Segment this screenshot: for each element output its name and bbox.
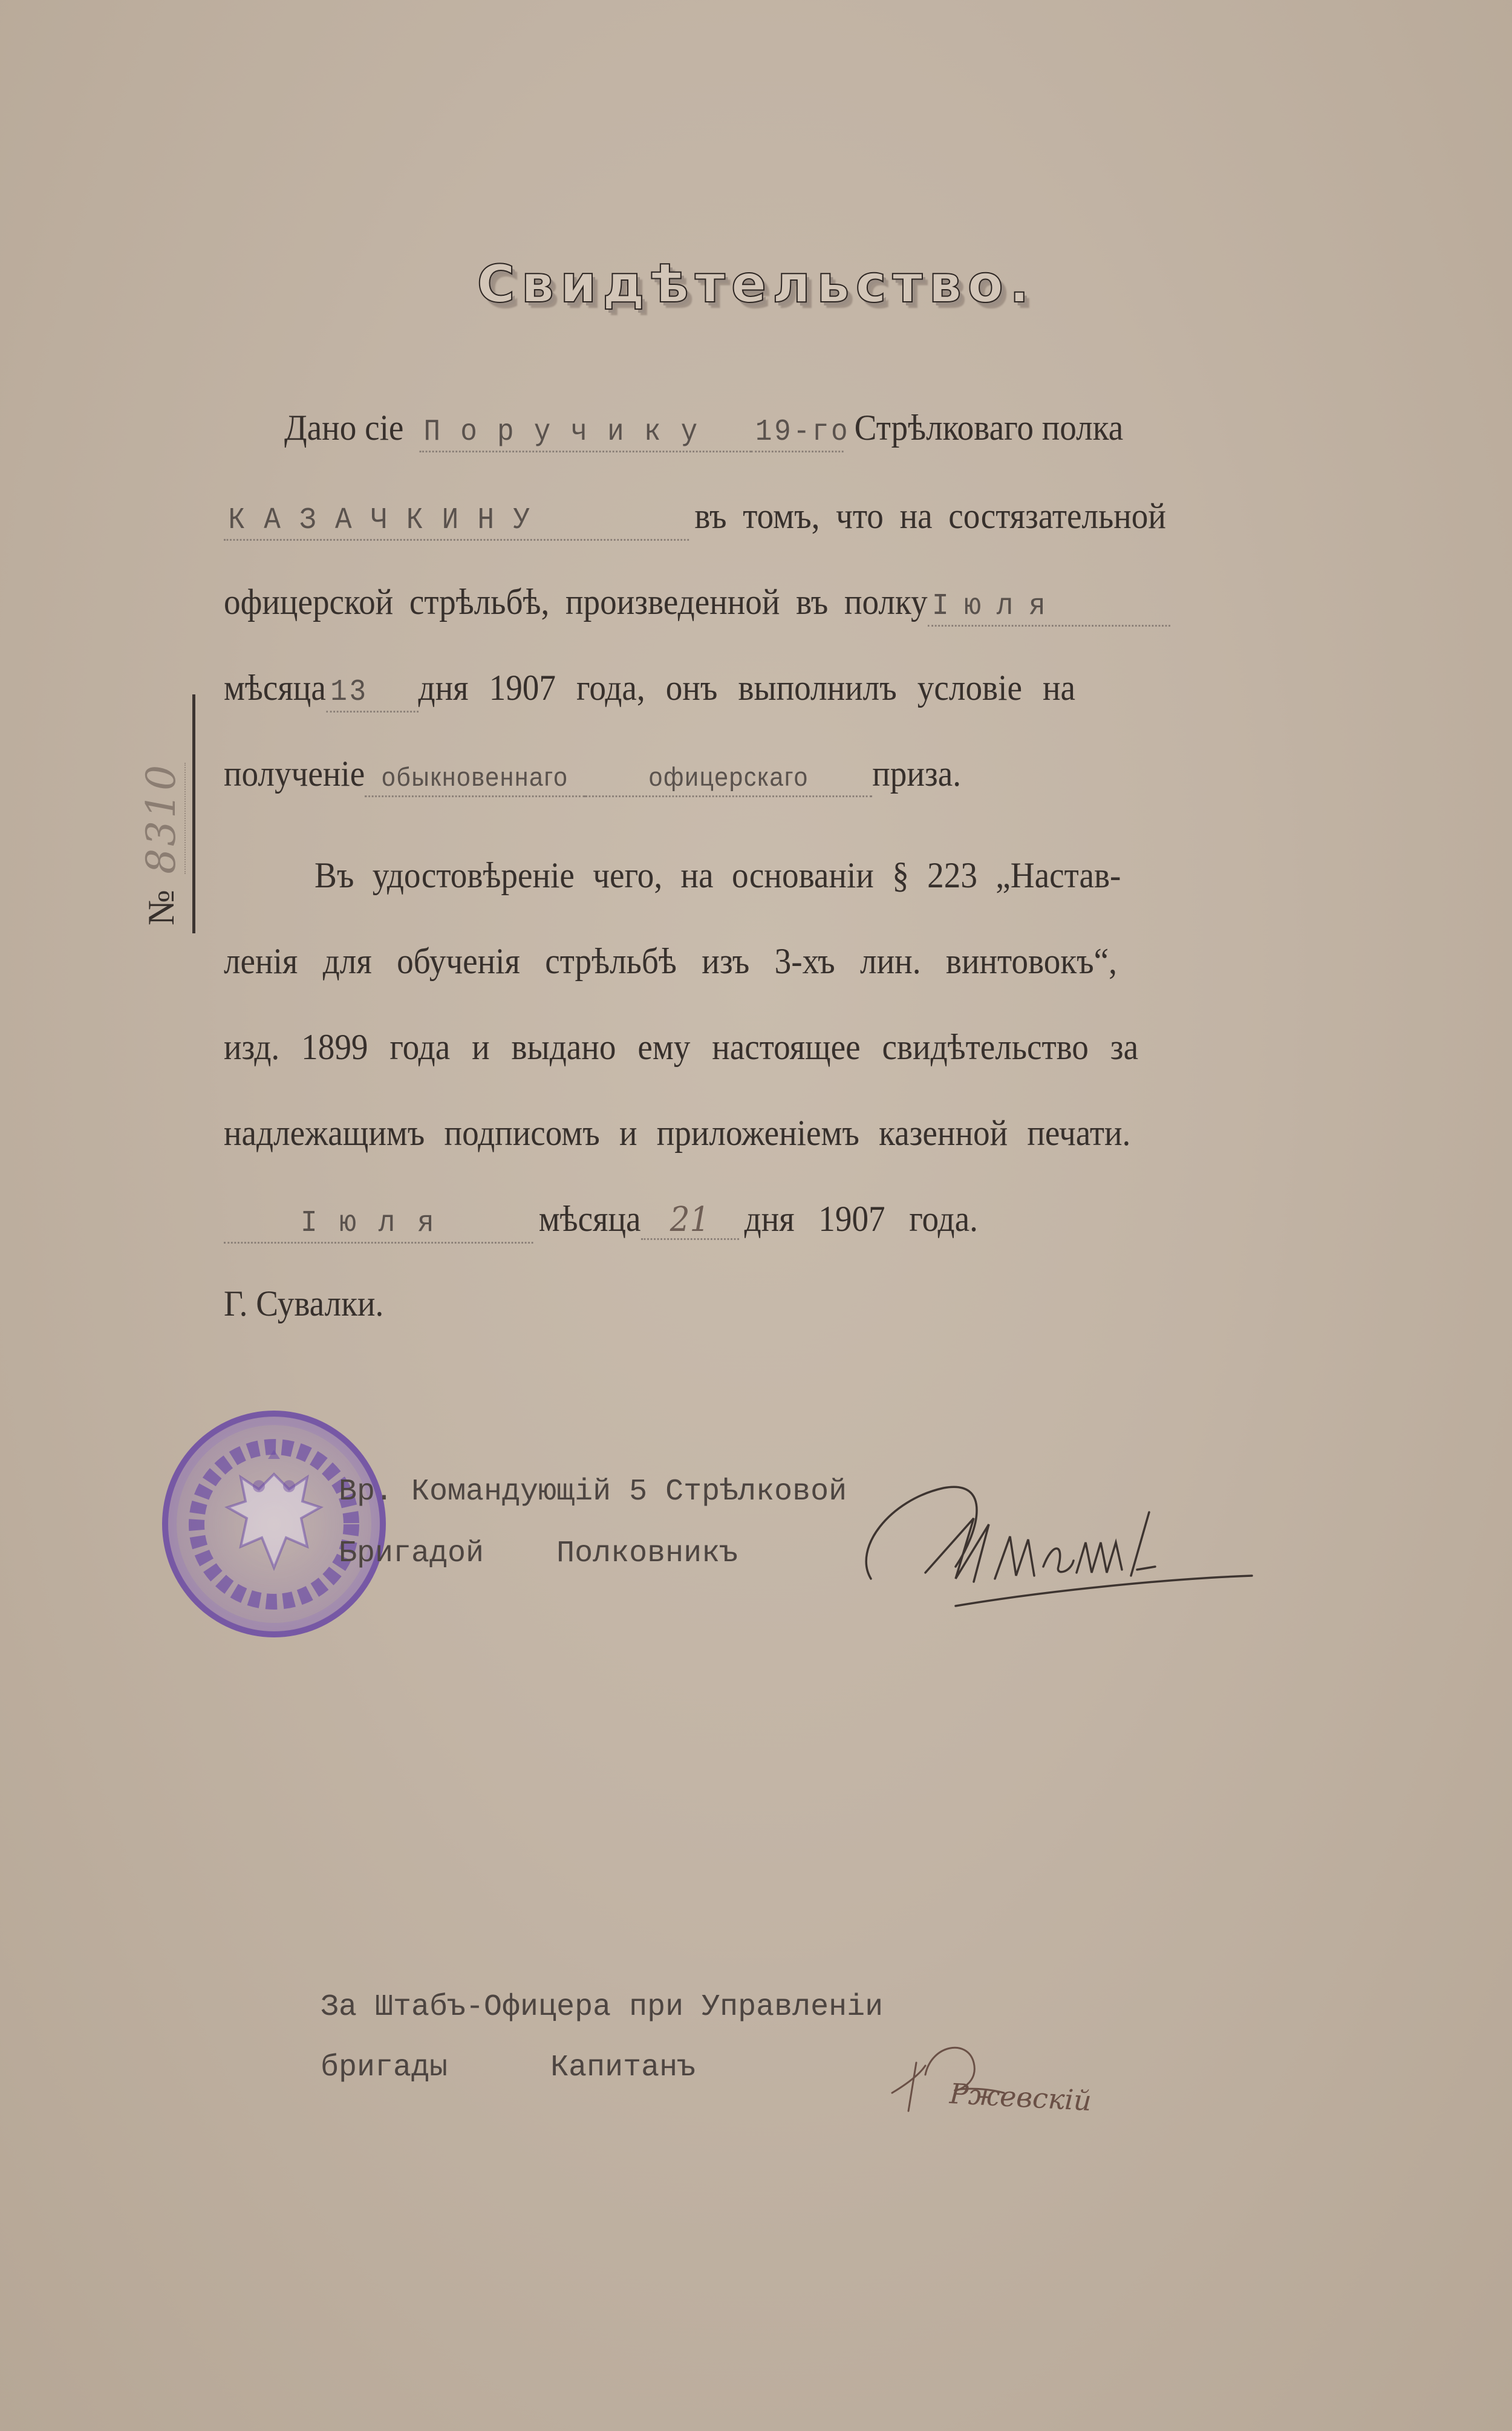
para2-line-4: надлежащимъ подписомъ и приложеніемъ каз… bbox=[224, 1106, 1220, 1160]
text-condition: дня 1907 года, онъ выполнилъ условіе на bbox=[419, 661, 1075, 715]
staff-title-line-2: бригады Капитанъ bbox=[321, 2051, 696, 2085]
prize-type-field: обыкновеннаго bbox=[365, 759, 585, 797]
text-shooting: офицерской стрѣльбѣ, произведенной въ по… bbox=[224, 575, 928, 629]
shooting-day-field: 13 bbox=[326, 674, 419, 713]
official-seal bbox=[162, 1411, 386, 1637]
para2-line-1: Въ удостовѣреніе чего, на основаніи § 22… bbox=[314, 848, 1233, 902]
text-month-label: мѣсяца bbox=[539, 1192, 641, 1246]
text-year: дня 1907 года. bbox=[745, 1192, 978, 1246]
shooting-month-field: Іюля bbox=[928, 589, 1170, 627]
text-receipt: полученіе bbox=[224, 746, 365, 801]
issue-day-field: 21 bbox=[641, 1202, 739, 1240]
staff-unit: бригады bbox=[321, 2051, 448, 2085]
para2-line-2: ленія для обученія стрѣльбѣ изъ 3-хъ лин… bbox=[224, 934, 1220, 988]
issue-month-field: Іюля bbox=[224, 1206, 533, 1244]
staff-rank: Капитанъ bbox=[550, 2051, 696, 2085]
prize-class-field: офицерскаго bbox=[585, 759, 873, 797]
text-regiment: Стрѣлковаго полка bbox=[855, 400, 1124, 455]
registration-number: № 8310 bbox=[134, 744, 189, 925]
text-prize: приза. bbox=[872, 746, 961, 801]
commander-unit: Бригадой bbox=[339, 1536, 484, 1571]
text-that: въ томъ, что на состязательной bbox=[694, 489, 1166, 543]
staff-title-line-1: За Штабъ-Офицера при Управленіи bbox=[321, 1990, 883, 2025]
text-given: Дано сіе bbox=[284, 400, 403, 455]
body-line-4: мѣсяца 13 дня 1907 года, онъ выполнилъ у… bbox=[224, 661, 1220, 715]
double-headed-eagle-icon bbox=[168, 1417, 380, 1631]
number-sign: № bbox=[140, 890, 183, 925]
text-month: мѣсяца bbox=[224, 661, 326, 715]
commander-rank: Полковникъ bbox=[556, 1536, 738, 1571]
registration-number-value: 8310 bbox=[138, 763, 186, 874]
place-line: Г. Сувалки. bbox=[224, 1276, 1220, 1331]
body-line-3: офицерской стрѣльбѣ, произведенной въ по… bbox=[224, 575, 1220, 629]
commander-signature bbox=[835, 1476, 1355, 1621]
certificate-page: Свидѣтельство. Дано сіе Поручику 19-го С… bbox=[0, 0, 1512, 2431]
commander-title-line-1: Вр. Командующій 5 Стрѣлковой bbox=[339, 1475, 847, 1509]
regiment-number-field: 19-го bbox=[751, 414, 844, 452]
body-line-1: Дано сіе Поручику 19-го Стрѣлковаго полк… bbox=[284, 400, 1230, 455]
commander-title-line-2: Бригадой Полковникъ bbox=[339, 1536, 738, 1571]
document-title: Свидѣтельство. bbox=[0, 254, 1512, 315]
surname-field: КАЗАЧКИНУ bbox=[224, 503, 689, 541]
body-line-2: КАЗАЧКИНУ въ томъ, что на состязательной bbox=[224, 489, 1220, 543]
para2-line-3: изд. 1899 года и выдано ему настоящее св… bbox=[224, 1020, 1220, 1074]
issue-date-line: Іюля мѣсяца 21 дня 1907 года. bbox=[224, 1192, 1220, 1246]
margin-rule bbox=[192, 694, 195, 933]
body-line-5: полученіе обыкновеннаго офицерскаго приз… bbox=[224, 746, 1220, 801]
rank-field: Поручику bbox=[419, 414, 751, 452]
